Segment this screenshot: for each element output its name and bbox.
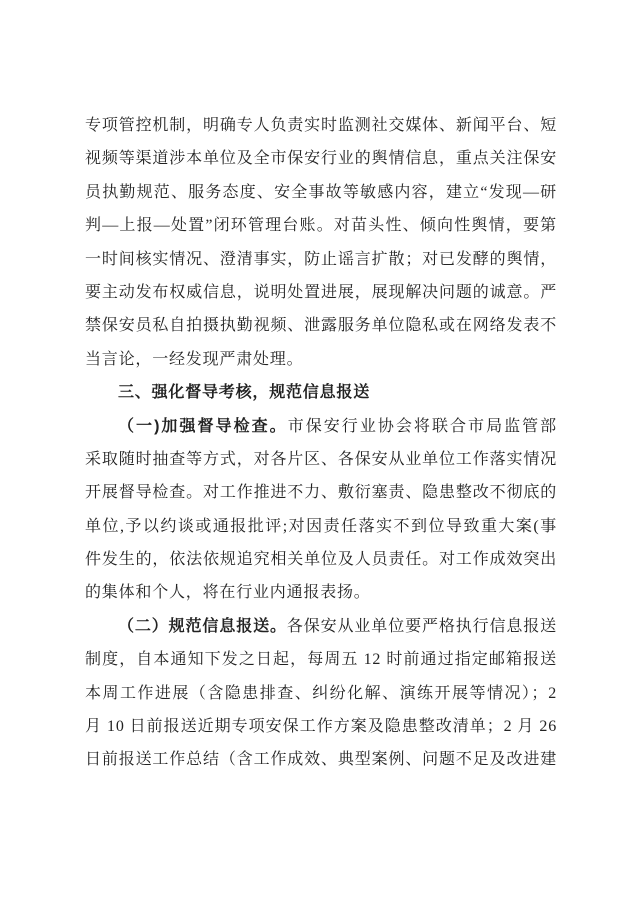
document-page: 专项管控机制，明确专人负责实时监测社交媒体、新闻平台、短 视频等渠道涉本单位及全… [85,0,557,777]
text-line: 件发生的，依法依规追究相关单位及人员责任。对工作成效突出 [85,543,557,576]
text-line: 日前报送工作总结（含工作成效、典型案例、问题不足及改进建 [85,743,557,776]
subsection-lead: （一)加强督导检查。 [118,418,288,435]
text-line: 一时间核实情况、澄清事实，防止谣言扩散；对已发酵的舆情， [85,243,557,276]
subsection-lead: （二）规范信息报送。 [118,618,287,635]
text-line: （二）规范信息报送。各保安从业单位要严格执行信息报送 [85,610,557,643]
section-heading: 三、强化督导考核，规范信息报送 [85,376,557,409]
text-line: 月 10 日前报送近期专项安保工作方案及隐患整改清单；2 月 26 [85,710,557,743]
text-line: 要主动发布权威信息，说明处置进展，展现解决问题的诚意。严 [85,276,557,309]
text-line: 本周工作进展（含隐患排查、纠纷化解、演练开展等情况）；2 [85,677,557,710]
text-line: （一)加强督导检查。市保安行业协会将联合市局监管部门， [85,410,557,443]
text-line: 采取随时抽查等方式，对各片区、各保安从业单位工作落实情况 [85,443,557,476]
text-line: 禁保安员私自拍摄执勤视频、泄露服务单位隐私或在网络发表不 [85,309,557,342]
text-line: 专项管控机制，明确专人负责实时监测社交媒体、新闻平台、短 [85,109,557,142]
text-run: 各保安从业单位要严格执行信息报送 [287,618,557,635]
text-line: 员执勤规范、服务态度、安全事故等敏感内容，建立“发现—研 [85,176,557,209]
text-line: 制度，自本通知下发之日起，每周五 12 时前通过指定邮箱报送 [85,643,557,676]
text-line: 判—上报—处置”闭环管理台账。对苗头性、倾向性舆情，要第 [85,209,557,242]
text-line: 开展督导检查。对工作推进不力、敷衍塞责、隐患整改不彻底的 [85,476,557,509]
text-line: 视频等渠道涉本单位及全市保安行业的舆情信息，重点关注保安 [85,142,557,175]
text-line: 当言论，一经发现严肃处理。 [85,343,557,376]
text-line: 的集体和个人，将在行业内通报表扬。 [85,576,557,609]
text-line: 单位,予以约谈或通报批评;对因责任落实不到位导致重大案(事 [85,510,557,543]
